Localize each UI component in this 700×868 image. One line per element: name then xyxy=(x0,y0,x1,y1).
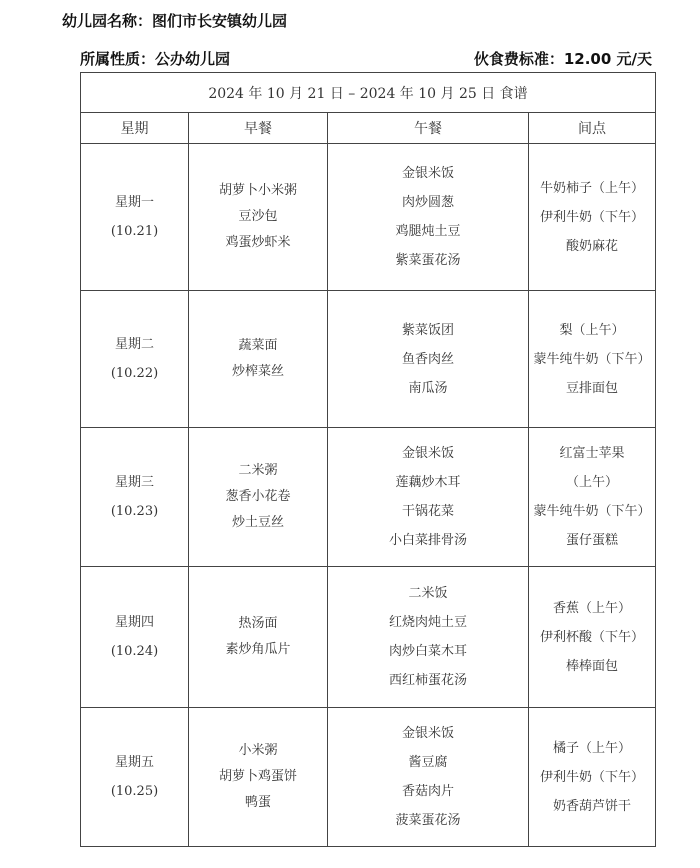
date-label: (10.22) xyxy=(81,359,188,388)
weekday-label: 星期三 xyxy=(81,468,188,497)
day-cell: 星期一(10.21) xyxy=(81,144,189,291)
breakfast-cell: 二米粥葱香小花卷炒土豆丝 xyxy=(189,428,328,567)
breakfast-item: 胡萝卜小米粥 xyxy=(189,178,327,204)
table-row: 星期四(10.24)热汤面素炒角瓜片二米饭红烧肉炖土豆肉炒白菜木耳西红柿蛋花汤香… xyxy=(81,567,656,708)
snack-cell: 橘子（上午）伊利牛奶（下午）奶香葫芦饼干 xyxy=(529,708,656,847)
table-row: 星期二(10.22)蔬菜面炒榨菜丝紫菜饭团鱼香肉丝南瓜汤梨（上午）蒙牛纯牛奶（下… xyxy=(81,291,656,428)
lunch-item: 紫菜饭团 xyxy=(328,316,528,345)
lunch-cell: 金银米饭肉炒圆葱鸡腿炖土豆紫菜蛋花汤 xyxy=(328,144,529,291)
breakfast-item: 鸭蛋 xyxy=(189,790,327,816)
column-header-lunch: 午餐 xyxy=(328,113,529,144)
snack-item: 酸奶麻花 xyxy=(529,232,655,261)
snack-item: 伊利牛奶（下午） xyxy=(529,763,655,792)
snack-item: 豆排面包 xyxy=(529,374,655,403)
breakfast-item: 素炒角瓜片 xyxy=(189,637,327,663)
snack-item: 橘子（上午） xyxy=(529,734,655,763)
breakfast-item: 葱香小花卷 xyxy=(189,484,327,510)
column-header-snack: 间点 xyxy=(529,113,656,144)
snack-item: 伊利牛奶（下午） xyxy=(529,203,655,232)
date-label: (10.23) xyxy=(81,497,188,526)
weekday-label: 星期四 xyxy=(81,608,188,637)
column-header-day: 星期 xyxy=(81,113,189,144)
date-label: (10.21) xyxy=(81,217,188,246)
weekly-menu-table: 2024 年 10 月 21 日 – 2024 年 10 月 25 日 食谱 星… xyxy=(80,72,656,847)
table-row: 星期五(10.25)小米粥胡萝卜鸡蛋饼鸭蛋金银米饭酱豆腐香菇肉片菠菜蛋花汤橘子（… xyxy=(81,708,656,847)
snack-item: 蒙牛纯牛奶（下午） xyxy=(529,345,655,374)
weekday-label: 星期二 xyxy=(81,330,188,359)
weekday-label: 星期五 xyxy=(81,748,188,777)
table-row: 星期一(10.21)胡萝卜小米粥豆沙包鸡蛋炒虾米金银米饭肉炒圆葱鸡腿炖土豆紫菜蛋… xyxy=(81,144,656,291)
lunch-item: 南瓜汤 xyxy=(328,374,528,403)
breakfast-item: 蔬菜面 xyxy=(189,333,327,359)
lunch-item: 小白菜排骨汤 xyxy=(328,526,528,555)
breakfast-cell: 热汤面素炒角瓜片 xyxy=(189,567,328,708)
breakfast-cell: 蔬菜面炒榨菜丝 xyxy=(189,291,328,428)
snack-item: 奶香葫芦饼干 xyxy=(529,792,655,821)
snack-cell: 牛奶柿子（上午）伊利牛奶（下午）酸奶麻花 xyxy=(529,144,656,291)
breakfast-item: 小米粥 xyxy=(189,738,327,764)
lunch-item: 香菇肉片 xyxy=(328,777,528,806)
lunch-item: 鱼香肉丝 xyxy=(328,345,528,374)
breakfast-item: 鸡蛋炒虾米 xyxy=(189,230,327,256)
snack-item: （上午） xyxy=(529,468,655,497)
snack-item: 伊利杯酸（下午） xyxy=(529,623,655,652)
snack-item: 蛋仔蛋糕 xyxy=(529,526,655,555)
snack-cell: 梨（上午）蒙牛纯牛奶（下午）豆排面包 xyxy=(529,291,656,428)
lunch-item: 金银米饭 xyxy=(328,719,528,748)
breakfast-item: 热汤面 xyxy=(189,611,327,637)
lunch-cell: 二米饭红烧肉炖土豆肉炒白菜木耳西红柿蛋花汤 xyxy=(328,567,529,708)
table-header-row: 星期 早餐 午餐 间点 xyxy=(81,113,656,144)
lunch-item: 二米饭 xyxy=(328,579,528,608)
snack-item: 梨（上午） xyxy=(529,316,655,345)
lunch-item: 肉炒圆葱 xyxy=(328,188,528,217)
date-label: (10.25) xyxy=(81,777,188,806)
lunch-item: 莲藕炒木耳 xyxy=(328,468,528,497)
lunch-item: 鸡腿炖土豆 xyxy=(328,217,528,246)
lunch-cell: 金银米饭酱豆腐香菇肉片菠菜蛋花汤 xyxy=(328,708,529,847)
lunch-item: 菠菜蛋花汤 xyxy=(328,806,528,835)
date-label: (10.24) xyxy=(81,637,188,666)
snack-item: 牛奶柿子（上午） xyxy=(529,174,655,203)
breakfast-cell: 小米粥胡萝卜鸡蛋饼鸭蛋 xyxy=(189,708,328,847)
day-cell: 星期三(10.23) xyxy=(81,428,189,567)
snack-item: 棒棒面包 xyxy=(529,652,655,681)
lunch-cell: 紫菜饭团鱼香肉丝南瓜汤 xyxy=(328,291,529,428)
day-cell: 星期五(10.25) xyxy=(81,708,189,847)
breakfast-item: 炒榨菜丝 xyxy=(189,359,327,385)
kindergarten-nature: 所属性质：公办幼儿园 xyxy=(80,48,230,69)
snack-item: 蒙牛纯牛奶（下午） xyxy=(529,497,655,526)
lunch-item: 西红柿蛋花汤 xyxy=(328,666,528,695)
breakfast-item: 二米粥 xyxy=(189,458,327,484)
snack-cell: 香蕉（上午）伊利杯酸（下午）棒棒面包 xyxy=(529,567,656,708)
menu-body: 星期一(10.21)胡萝卜小米粥豆沙包鸡蛋炒虾米金银米饭肉炒圆葱鸡腿炖土豆紫菜蛋… xyxy=(81,144,656,847)
lunch-item: 红烧肉炖土豆 xyxy=(328,608,528,637)
lunch-item: 金银米饭 xyxy=(328,439,528,468)
breakfast-item: 胡萝卜鸡蛋饼 xyxy=(189,764,327,790)
table-row: 星期三(10.23)二米粥葱香小花卷炒土豆丝金银米饭莲藕炒木耳干锅花菜小白菜排骨… xyxy=(81,428,656,567)
snack-item: 红富士苹果 xyxy=(529,439,655,468)
lunch-item: 干锅花菜 xyxy=(328,497,528,526)
column-header-breakfast: 早餐 xyxy=(189,113,328,144)
menu-caption: 2024 年 10 月 21 日 – 2024 年 10 月 25 日 食谱 xyxy=(81,73,656,113)
lunch-cell: 金银米饭莲藕炒木耳干锅花菜小白菜排骨汤 xyxy=(328,428,529,567)
lunch-item: 肉炒白菜木耳 xyxy=(328,637,528,666)
breakfast-item: 炒土豆丝 xyxy=(189,510,327,536)
snack-cell: 红富士苹果（上午）蒙牛纯牛奶（下午）蛋仔蛋糕 xyxy=(529,428,656,567)
lunch-item: 酱豆腐 xyxy=(328,748,528,777)
weekday-label: 星期一 xyxy=(81,188,188,217)
kindergarten-name: 幼儿园名称：图们市长安镇幼儿园 xyxy=(62,10,287,31)
day-cell: 星期四(10.24) xyxy=(81,567,189,708)
lunch-item: 紫菜蛋花汤 xyxy=(328,246,528,275)
snack-item: 香蕉（上午） xyxy=(529,594,655,623)
day-cell: 星期二(10.22) xyxy=(81,291,189,428)
lunch-item: 金银米饭 xyxy=(328,159,528,188)
fee-standard: 伙食费标准：12.00 元/天 xyxy=(474,48,652,69)
breakfast-cell: 胡萝卜小米粥豆沙包鸡蛋炒虾米 xyxy=(189,144,328,291)
breakfast-item: 豆沙包 xyxy=(189,204,327,230)
